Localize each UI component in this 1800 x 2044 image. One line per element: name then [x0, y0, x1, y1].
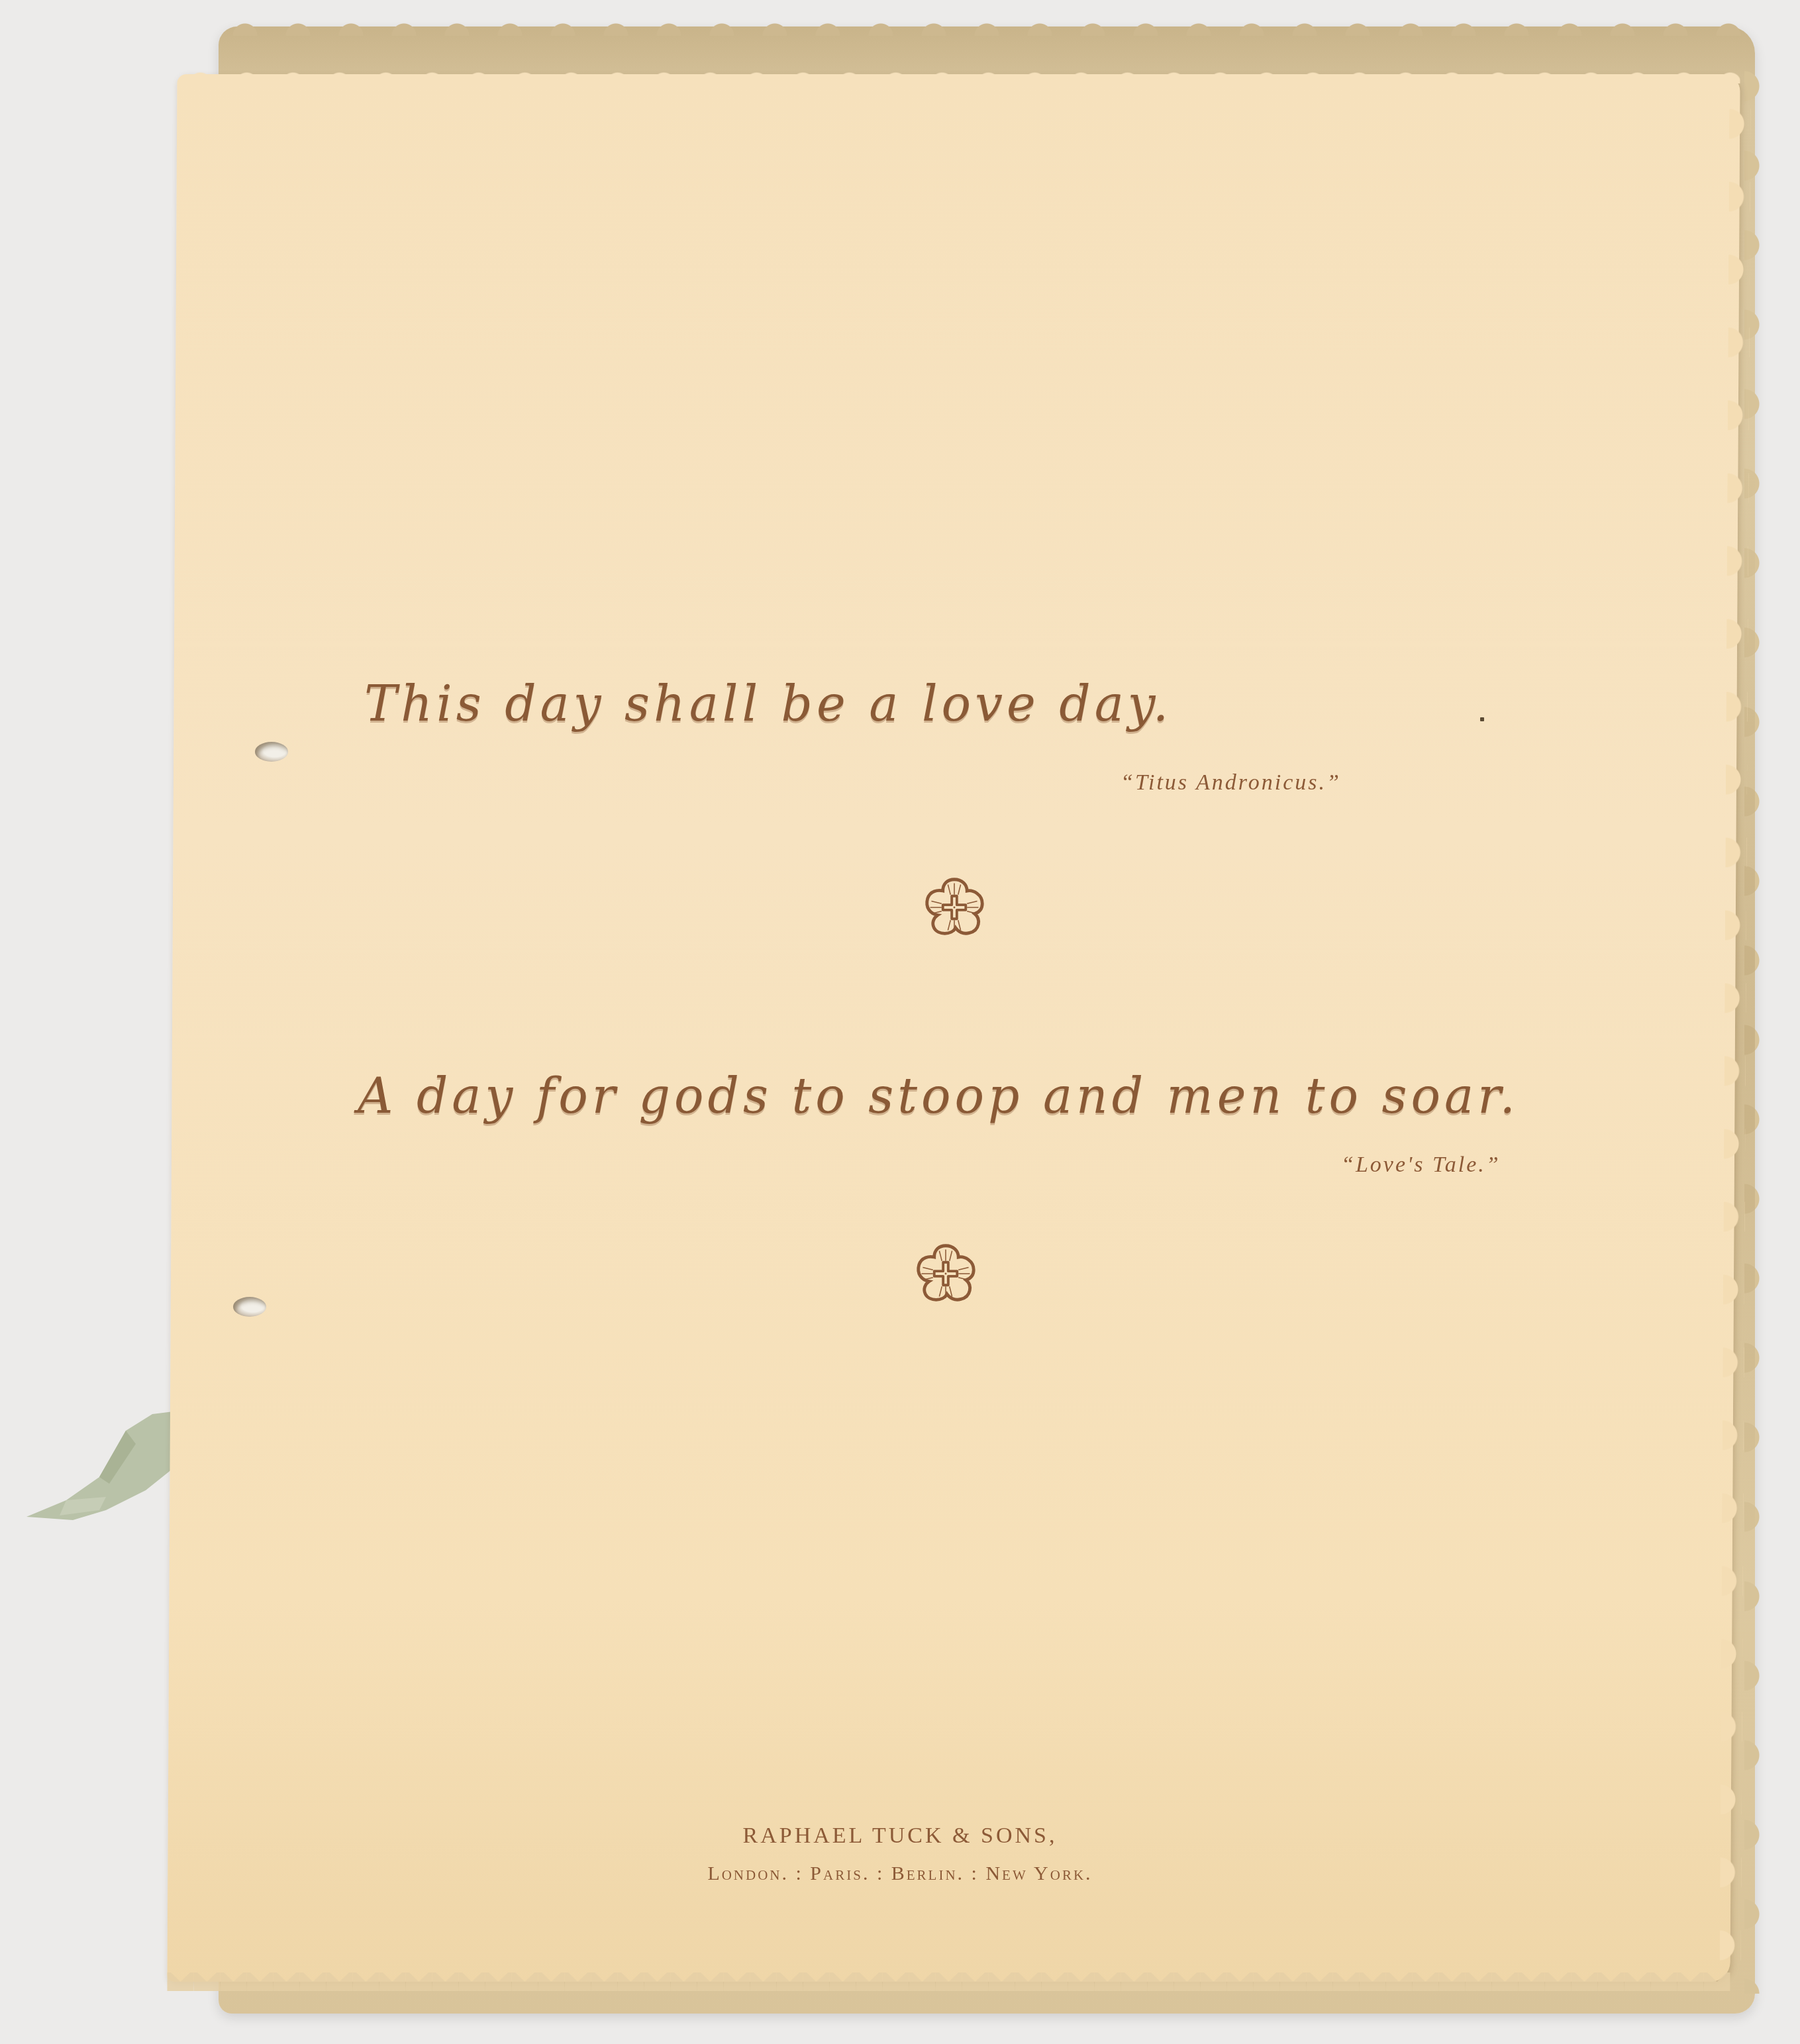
quote-1-attribution: “Titus Andronicus.” [1121, 770, 1341, 795]
quote-2-text: A day for gods to stoop and men to soar. [358, 1068, 1519, 1125]
punch-hole [233, 1297, 266, 1317]
ribbon-icon [26, 1384, 179, 1543]
paper-speck [1480, 717, 1484, 721]
rosette-icon [914, 1242, 977, 1305]
quote-2-attribution: “Love's Tale.” [1341, 1152, 1501, 1178]
quote-1-text: This day shall be a love day. [364, 676, 1172, 733]
punch-hole [255, 742, 288, 762]
publisher-cities: London. : Paris. : Berlin. : New York. [0, 1863, 1800, 1885]
deckled-edge-bottom [167, 1972, 1730, 1991]
back-page-scalloped-edge [219, 17, 1755, 36]
publisher-name: RAPHAEL TUCK & SONS, [0, 1823, 1800, 1849]
scalloped-edge-top [177, 65, 1740, 83]
rosette-icon [923, 876, 986, 939]
front-page [167, 74, 1740, 1982]
